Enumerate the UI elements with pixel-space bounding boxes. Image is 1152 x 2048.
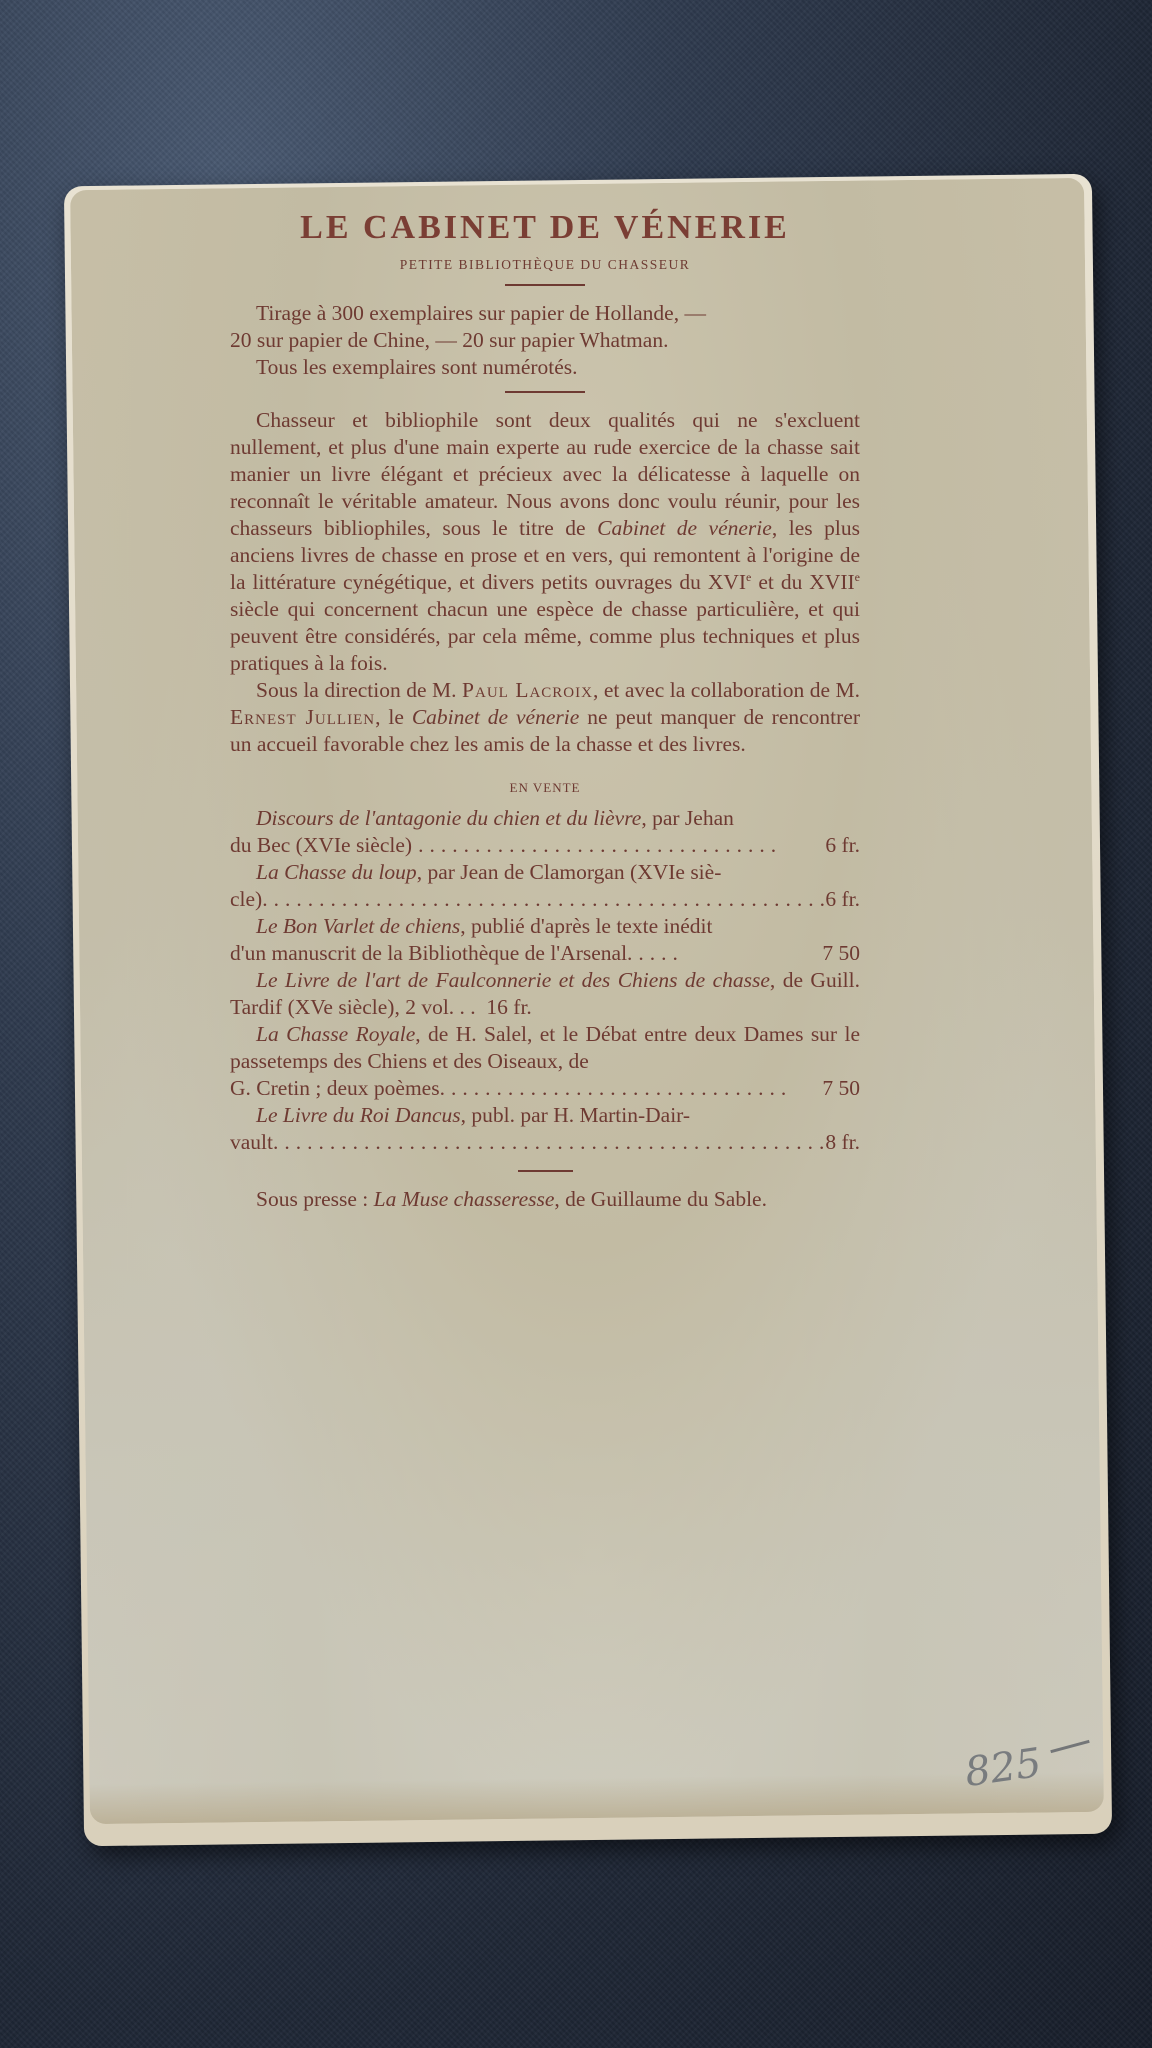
- list-item: La Chasse Royale, de H. Salel, et le Déb…: [230, 1021, 860, 1102]
- list-item: Discours de l'antagonie du chien et du l…: [230, 805, 860, 859]
- series-title: LE CABINET DE VÉNERIE: [230, 208, 860, 248]
- edition-line-2: 20 sur papier de Chine, — 20 sur papier …: [230, 327, 860, 354]
- editor-name: Paul Lacroix: [462, 678, 593, 702]
- divider: [518, 1170, 573, 1172]
- price: 6 fr.: [825, 832, 860, 859]
- series-name-italic: Cabinet de vénerie: [597, 516, 772, 540]
- printed-text-block: LE CABINET DE VÉNERIE PETITE BIBLIOTHÈQU…: [230, 208, 860, 1213]
- list-item: La Chasse du loup, par Jean de Clamorgan…: [230, 859, 860, 913]
- in-press-note: Sous presse : La Muse chasseresse, de Gu…: [230, 1186, 860, 1213]
- intro-paragraph-2: Sous la direction de M. Paul Lacroix, et…: [230, 677, 860, 758]
- collaborator-name: Ernest Jullien: [230, 705, 375, 729]
- price: 6 fr.: [825, 886, 860, 913]
- list-item: Le Livre du Roi Dancus, publ. par H. Mar…: [230, 1102, 860, 1156]
- divider: [505, 391, 585, 393]
- series-subtitle: PETITE BIBLIOTHÈQUE DU CHASSEUR: [230, 256, 860, 274]
- list-item: Le Livre de l'art de Faulconnerie et des…: [230, 967, 860, 1021]
- list-item: Le Bon Varlet de chiens, publié d'après …: [230, 913, 860, 967]
- edition-line-3: Tous les exemplaires sont numérotés.: [256, 354, 860, 381]
- price: 7 50: [822, 940, 860, 967]
- for-sale-list: Discours de l'antagonie du chien et du l…: [230, 805, 860, 1156]
- edition-note: Tirage à 300 exemplaires sur papier de H…: [230, 300, 860, 381]
- price: 8 fr.: [825, 1129, 860, 1156]
- price: 16 fr.: [486, 995, 531, 1019]
- divider: [505, 284, 585, 286]
- for-sale-heading: EN VENTE: [230, 774, 860, 801]
- price: 7 50: [822, 1075, 860, 1102]
- intro-paragraph-1: Chasseur et bibliophile sont deux qualit…: [230, 407, 860, 677]
- edition-line-1: Tirage à 300 exemplaires sur papier de H…: [256, 300, 860, 327]
